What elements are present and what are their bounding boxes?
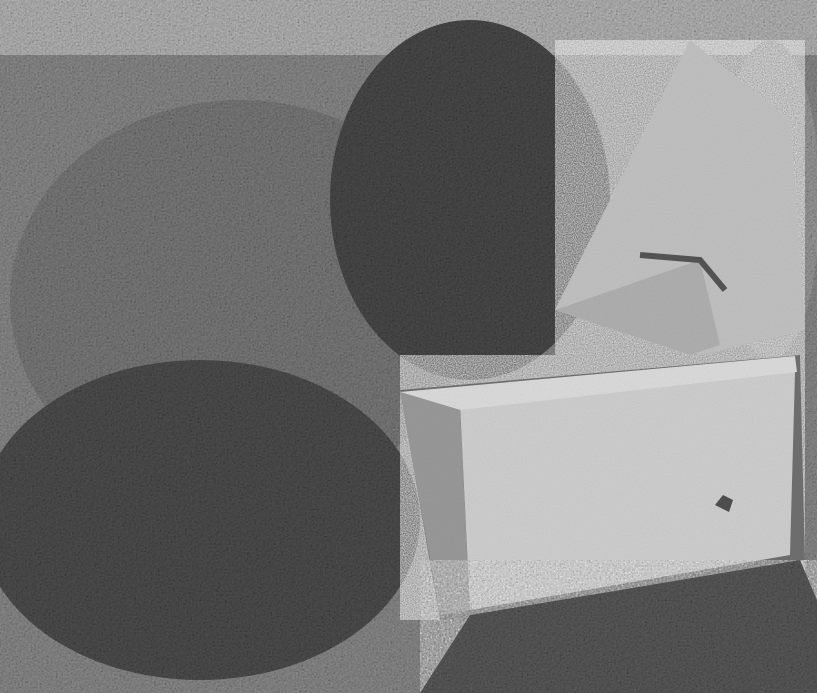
- photo-canvas: [0, 0, 817, 693]
- halftone-photo: [0, 0, 817, 693]
